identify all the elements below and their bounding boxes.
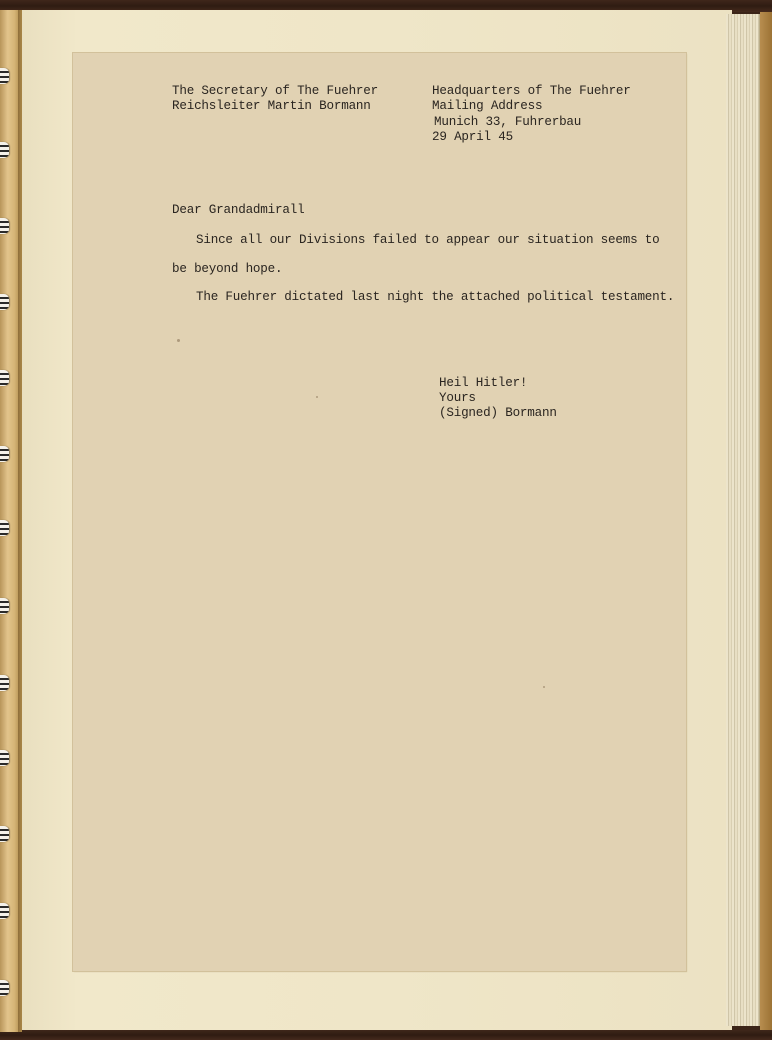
binder-ring-icon (0, 826, 9, 842)
paper-speck (316, 396, 318, 398)
sender-title: The Secretary of The Fuehrer (172, 84, 378, 99)
binder-ring-icon (0, 750, 9, 766)
salutation: Dear Grandadmirall (172, 203, 304, 218)
letter-sheet (73, 53, 686, 971)
binder-ring-icon (0, 903, 9, 919)
binder-ring-icon (0, 520, 9, 536)
sender-name: Reichsleiter Martin Bormann (172, 99, 371, 114)
closing-yours: Yours (439, 391, 476, 406)
letter-date: 29 April 45 (432, 130, 513, 145)
closing-greeting: Heil Hitler! (439, 376, 527, 391)
binder-ring-icon (0, 218, 9, 234)
address-mailing-label: Mailing Address (432, 99, 542, 114)
binder-ring-icon (0, 142, 9, 158)
body-paragraph-1-line-2: be beyond hope. (172, 262, 282, 277)
paper-speck (543, 686, 545, 688)
binder-ring-icon (0, 675, 9, 691)
body-paragraph-1-line-1: Since all our Divisions failed to appear… (196, 233, 660, 248)
paper-speck (177, 339, 180, 342)
binder-ring-icon (0, 294, 9, 310)
address-headquarters: Headquarters of The Fuehrer (432, 84, 631, 99)
binder-ring-icon (0, 446, 9, 462)
binder-shadow (18, 10, 22, 1032)
binder-ring-icon (0, 370, 9, 386)
wood-border-bottom (0, 1030, 772, 1040)
album-cover-edge (760, 12, 772, 1030)
binder-ring-icon (0, 68, 9, 84)
binder-ring-icon (0, 598, 9, 614)
binder-ring-icon (0, 980, 9, 996)
body-paragraph-2: The Fuehrer dictated last night the atta… (196, 290, 674, 305)
closing-signature: (Signed) Bormann (439, 406, 557, 421)
address-street: Munich 33, Fuhrerbau (434, 115, 581, 130)
page-stack-edges (726, 14, 760, 1026)
